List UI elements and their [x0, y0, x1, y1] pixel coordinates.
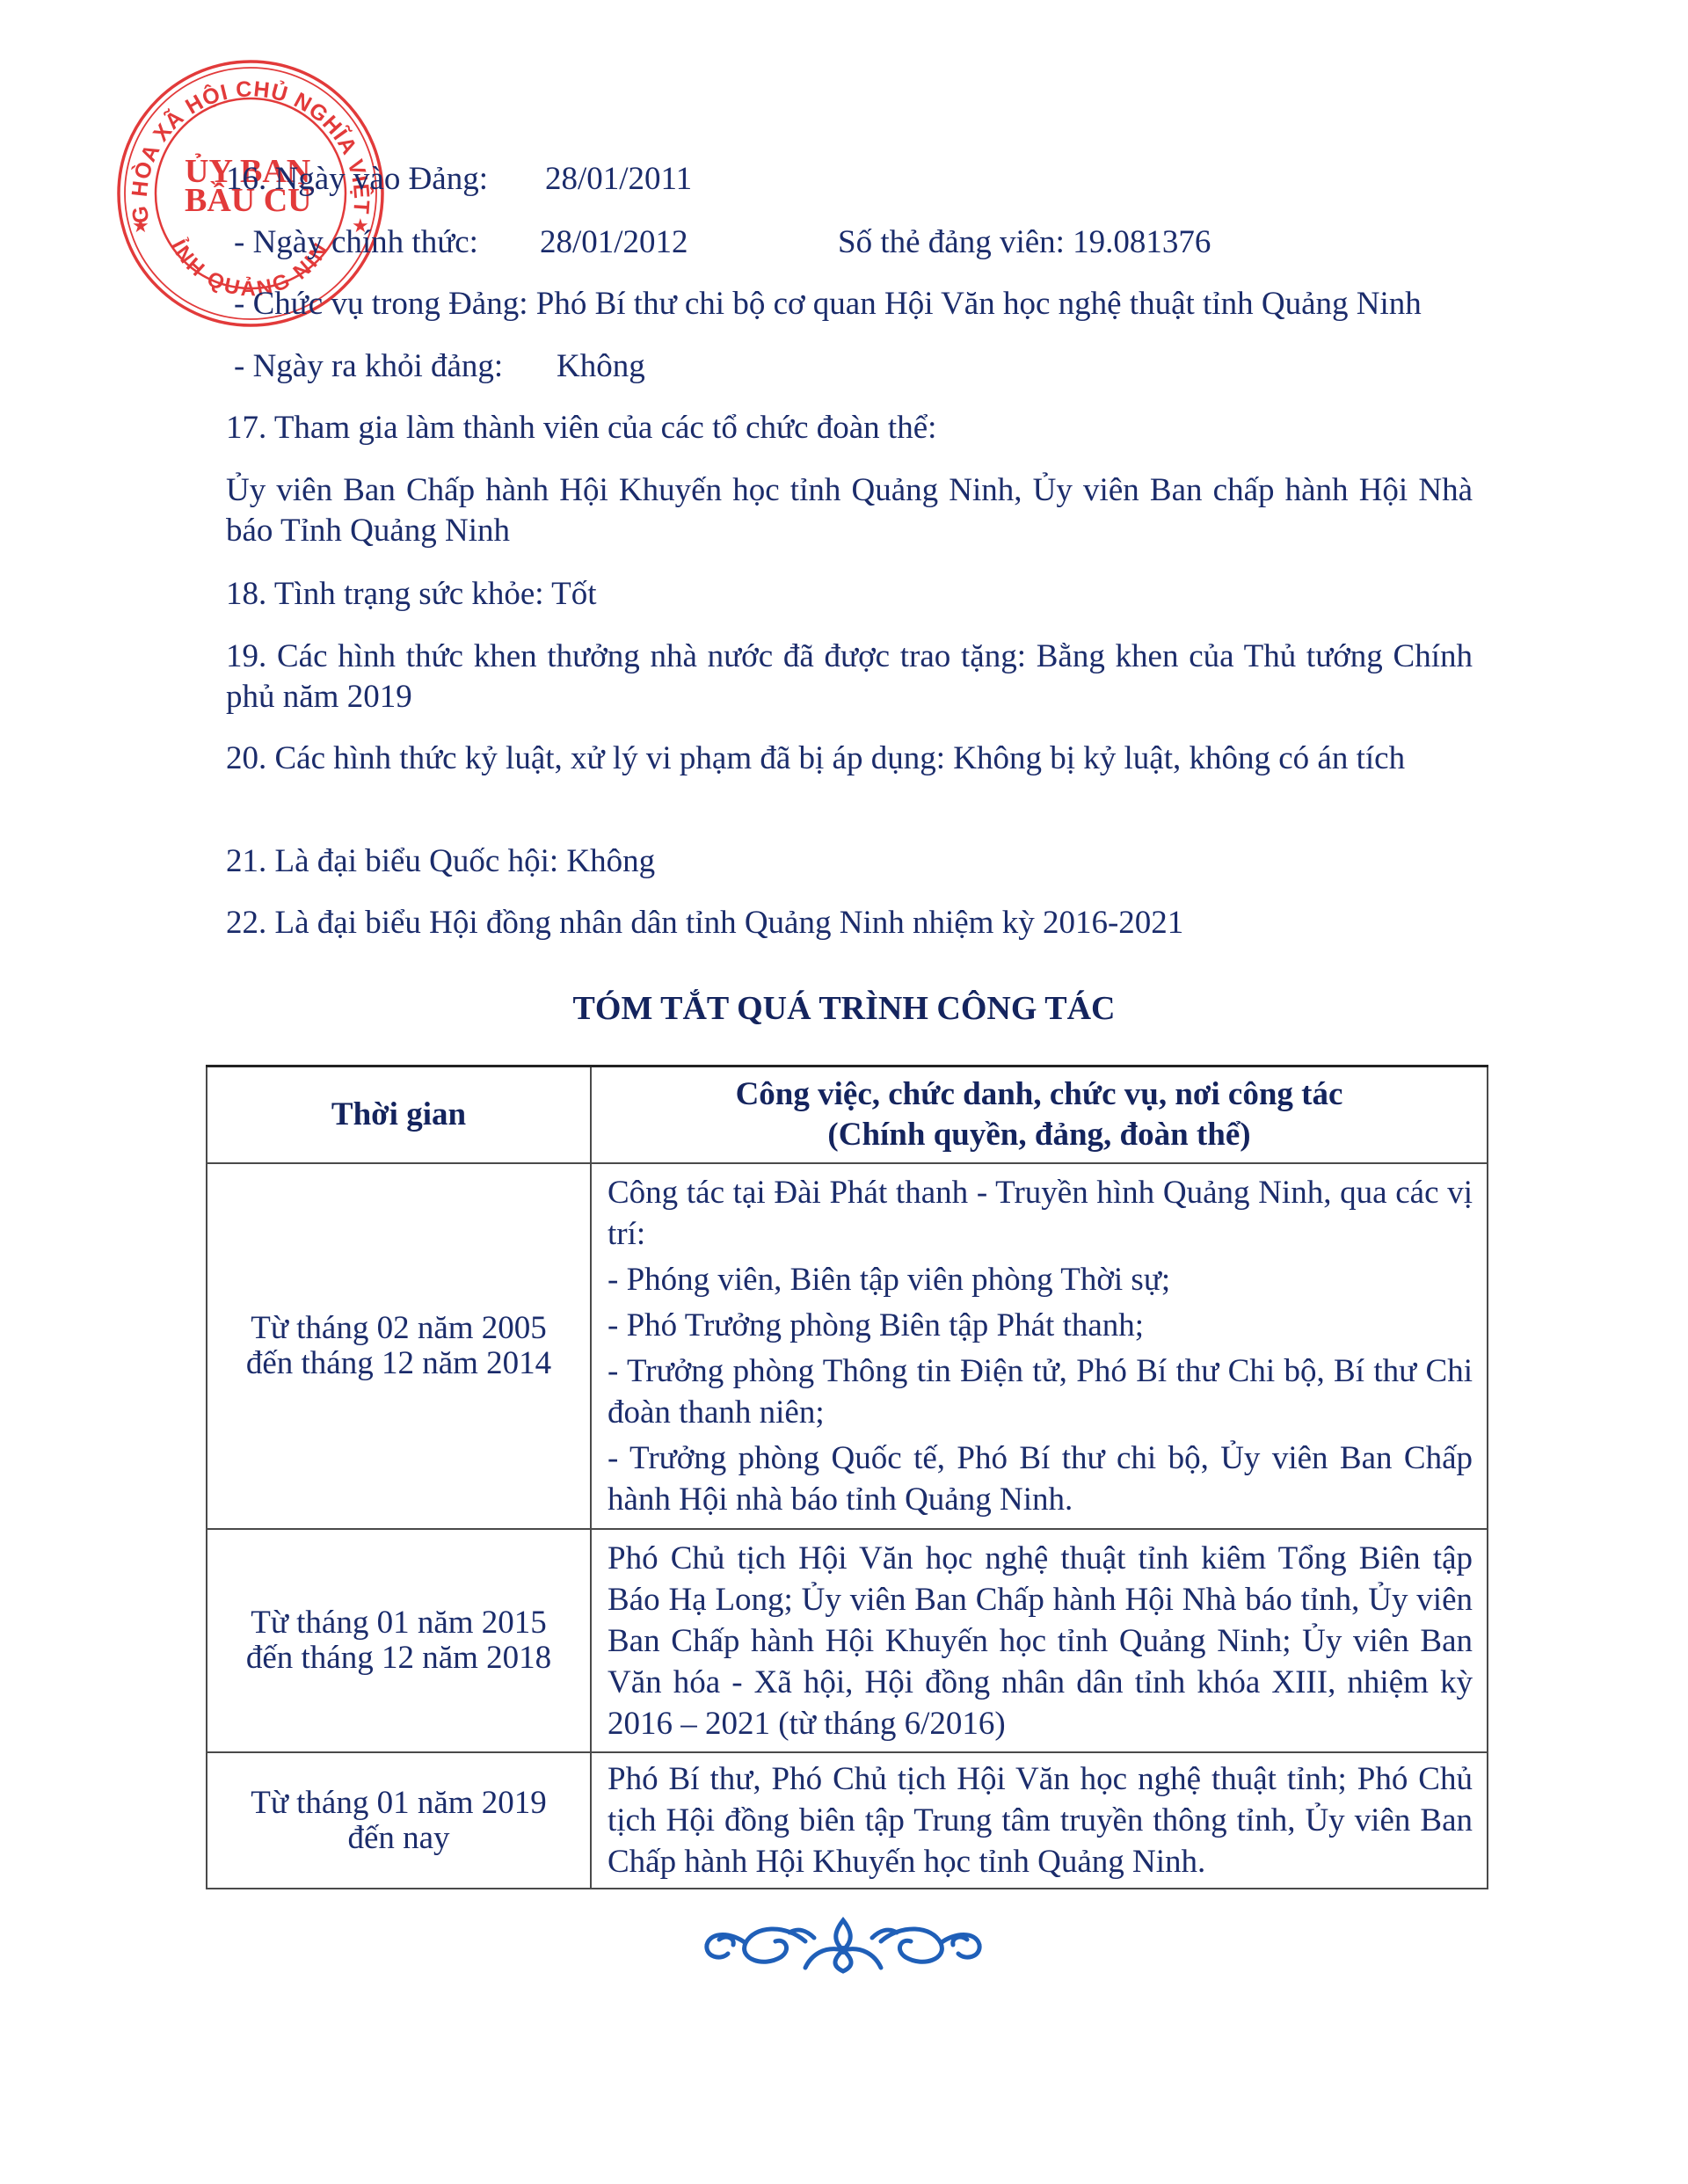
header-description-line2: (Chính quyền, đảng, đoàn thể) — [600, 1115, 1478, 1155]
party-leave-row: - Ngày ra khỏi đảng: Không — [234, 346, 503, 387]
table-row: Từ tháng 01 năm 2019 đến nay Phó Bí thư,… — [207, 1752, 1488, 1889]
description-paragraph: - Trưởng phòng Quốc tế, Phó Bí thư chi b… — [608, 1438, 1473, 1520]
party-leave-value: Không — [557, 346, 645, 387]
party-join-row: 16. Ngày vào Đảng: 28/01/2011 — [226, 159, 488, 200]
description-cell: Công tác tại Đài Phát thanh - Truyền hìn… — [591, 1163, 1488, 1529]
description-paragraph: - Trưởng phòng Thông tin Điện tử, Phó Bí… — [608, 1350, 1473, 1433]
work-summary-title: TÓM TẮT QUÁ TRÌNH CÔNG TÁC — [0, 986, 1688, 1030]
description-cell: Phó Bí thư, Phó Chủ tịch Hội Văn học ngh… — [591, 1752, 1488, 1889]
table-row: Từ tháng 02 năm 2005 đến tháng 12 năm 20… — [207, 1163, 1488, 1529]
period-end: đến tháng 12 năm 2018 — [216, 1641, 581, 1676]
item-17-title: 17. Tham gia làm thành viên của các tổ c… — [226, 408, 936, 448]
period-cell: Từ tháng 01 năm 2019 đến nay — [207, 1752, 591, 1889]
description-cell: Phó Chủ tịch Hội Văn học nghệ thuật tỉnh… — [591, 1529, 1488, 1752]
period-end: đến tháng 12 năm 2014 — [216, 1346, 581, 1381]
period-start: Từ tháng 01 năm 2019 — [216, 1786, 581, 1821]
party-join-label: 16. Ngày vào Đảng: — [226, 161, 488, 197]
period-end: đến nay — [216, 1821, 581, 1856]
table-header-row: Thời gian Công việc, chức danh, chức vụ,… — [207, 1067, 1488, 1164]
svg-text:★: ★ — [132, 215, 149, 237]
work-history-table: Thời gian Công việc, chức danh, chức vụ,… — [206, 1065, 1488, 1889]
decorative-scroll-divider-icon — [702, 1915, 985, 1975]
party-official-label: - Ngày chính thức: — [234, 224, 478, 260]
period-start: Từ tháng 02 năm 2005 — [216, 1311, 581, 1346]
item-19: 19. Các hình thức khen thưởng nhà nước đ… — [226, 637, 1473, 717]
header-description-line1: Công việc, chức danh, chức vụ, nơi công … — [600, 1074, 1478, 1115]
item-17-value: Ủy viên Ban Chấp hành Hội Khuyến học tỉn… — [226, 470, 1473, 551]
period-start: Từ tháng 01 năm 2015 — [216, 1605, 581, 1641]
item-18: 18. Tình trạng sức khỏe: Tốt — [226, 574, 597, 615]
table-row: Từ tháng 01 năm 2015 đến tháng 12 năm 20… — [207, 1529, 1488, 1752]
period-cell: Từ tháng 01 năm 2015 đến tháng 12 năm 20… — [207, 1529, 591, 1752]
party-official-row: - Ngày chính thức: 28/01/2012 Số thẻ đản… — [234, 222, 478, 263]
party-position: - Chức vụ trong Đảng: Phó Bí thư chi bộ … — [234, 284, 1422, 324]
description-paragraph: Công tác tại Đài Phát thanh - Truyền hìn… — [608, 1172, 1473, 1255]
period-cell: Từ tháng 02 năm 2005 đến tháng 12 năm 20… — [207, 1163, 591, 1529]
description-paragraph: Phó Bí thư, Phó Chủ tịch Hội Văn học ngh… — [608, 1758, 1473, 1882]
item-20: 20. Các hình thức kỷ luật, xử lý vi phạm… — [226, 739, 1473, 779]
description-paragraph: - Phóng viên, Biên tập viên phòng Thời s… — [608, 1259, 1473, 1300]
description-paragraph: Phó Chủ tịch Hội Văn học nghệ thuật tỉnh… — [608, 1538, 1473, 1744]
header-description: Công việc, chức danh, chức vụ, nơi công … — [591, 1067, 1488, 1164]
party-official-date: 28/01/2012 — [540, 222, 688, 263]
description-paragraph: - Phó Trưởng phòng Biên tập Phát thanh; — [608, 1305, 1473, 1346]
item-22: 22. Là đại biểu Hội đồng nhân dân tỉnh Q… — [226, 903, 1183, 943]
item-21: 21. Là đại biểu Quốc hội: Không — [226, 841, 655, 882]
party-join-date: 28/01/2011 — [545, 159, 692, 200]
header-period: Thời gian — [207, 1067, 591, 1164]
party-leave-label: - Ngày ra khỏi đảng: — [234, 348, 503, 384]
party-card-number: Số thẻ đảng viên: 19.081376 — [838, 222, 1211, 263]
